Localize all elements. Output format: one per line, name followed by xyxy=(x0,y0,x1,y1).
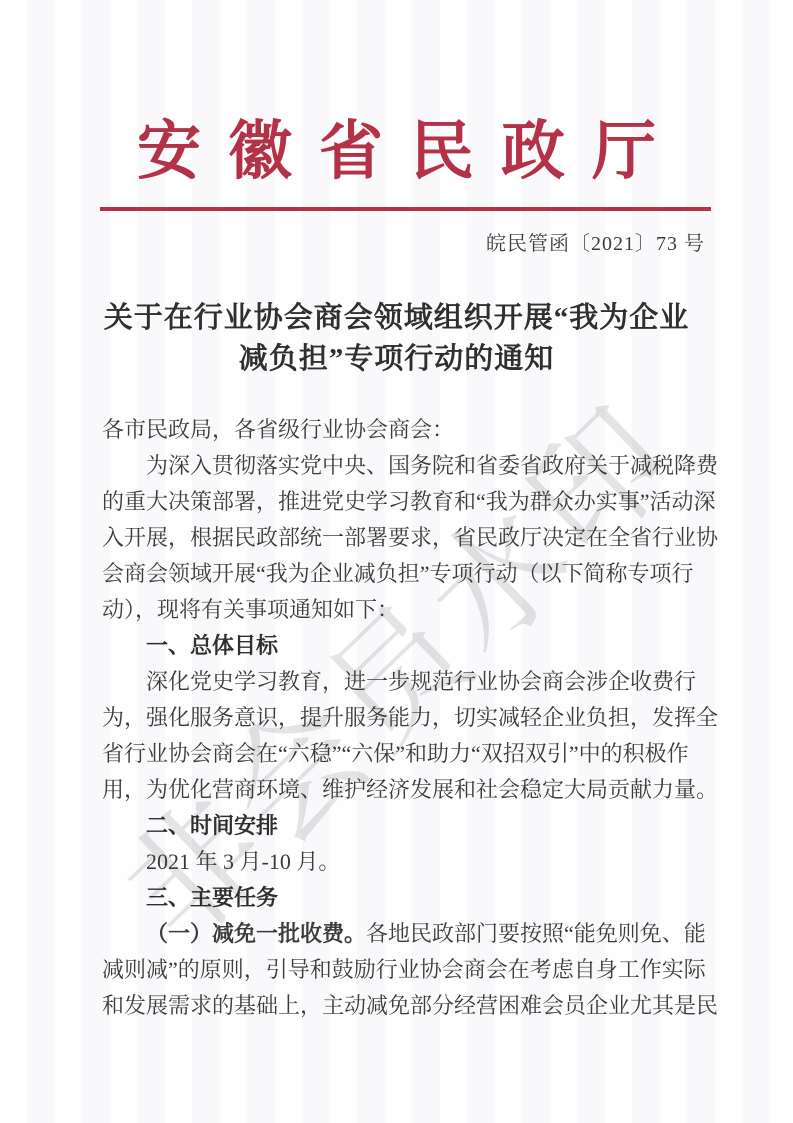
body-line: 各市民政局，各省级行业协会商会： xyxy=(102,412,702,448)
section-heading: 三、主要任务 xyxy=(102,880,746,916)
section-heading: 二、时间安排 xyxy=(102,808,746,844)
body-line: 为深入贯彻落实党中央、国务院和省委省政府关于减税降费 xyxy=(102,448,746,484)
document-page: 安徽省民政厅 皖民管函〔2021〕73 号 关于在行业协会商会领域组织开展“我为… xyxy=(0,0,793,1123)
body-line: 2021 年 3 月-10 月。 xyxy=(102,844,746,880)
body-line: 会商会领域开展“我为企业减负担”专项行动（以下简称专项行 xyxy=(102,556,702,592)
body-line: 深化党史学习教育，进一步规范行业协会商会涉企收费行 xyxy=(102,664,746,700)
body-line: 的重大决策部署，推进党史学习教育和“我为群众办实事”活动深 xyxy=(102,484,702,520)
body-line: （一）减免一批收费。各地民政部门要按照“能免则免、能 xyxy=(102,916,746,952)
body-line: 入开展，根据民政部统一部署要求，省民政厅决定在全省行业协 xyxy=(102,520,702,556)
body-line: 和发展需求的基础上，主动减免部分经营困难会员企业尤其是民 xyxy=(102,988,702,1024)
body-line: 为，强化服务意识，提升服务能力，切实减轻企业负担，发挥全 xyxy=(102,700,702,736)
body-line: 用，为优化营商环境、维护经济发展和社会稳定大局贡献力量。 xyxy=(102,772,702,808)
section-heading: 一、总体目标 xyxy=(102,628,746,664)
bold-lead: （一）减免一批收费。 xyxy=(146,921,366,946)
body-line: 省行业协会商会在“六稳”“六保”和助力“双招双引”中的积极作 xyxy=(102,736,702,772)
document-body: 各市民政局，各省级行业协会商会：为深入贯彻落实党中央、国务院和省委省政府关于减税… xyxy=(0,0,793,1123)
body-line: 减则减”的原则，引导和鼓励行业协会商会在考虑自身工作实际 xyxy=(102,952,702,988)
body-line: 动），现将有关事项通知如下： xyxy=(102,592,702,628)
